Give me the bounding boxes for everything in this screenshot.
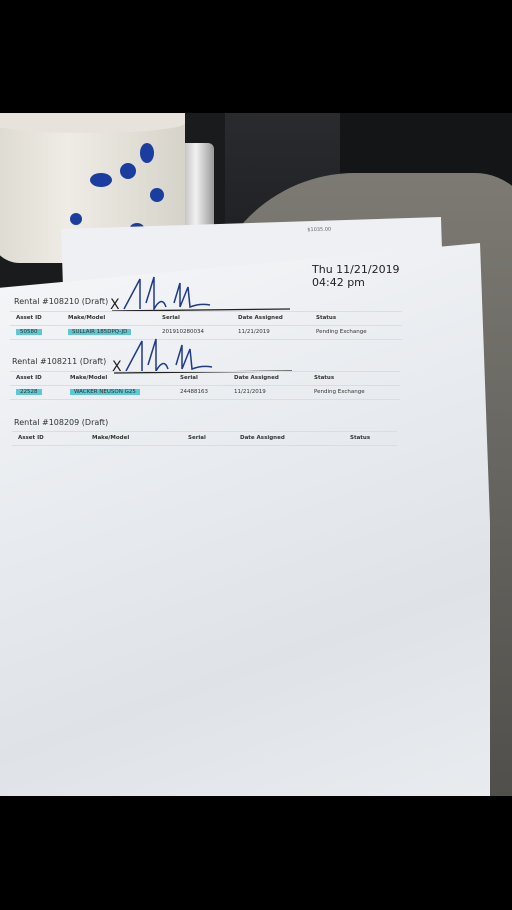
column-header: Serial bbox=[180, 375, 198, 381]
asset-table: Asset IDMake/ModelSerialDate AssignedSta… bbox=[10, 371, 400, 400]
rental-title: Rental #108209 (Draft) bbox=[14, 418, 108, 427]
table-header: Asset IDMake/ModelSerialDate AssignedSta… bbox=[12, 432, 397, 445]
column-header: Serial bbox=[188, 435, 206, 441]
column-header: Make/Model bbox=[68, 315, 105, 321]
column-header: Date Assigned bbox=[240, 435, 285, 441]
column-header: Asset ID bbox=[16, 375, 42, 381]
table-header: Asset IDMake/ModelSerialDate AssignedSta… bbox=[10, 372, 400, 385]
column-header: Date Assigned bbox=[234, 375, 279, 381]
back-sheet-amount: $1035.00 bbox=[307, 227, 331, 234]
column-header: Make/Model bbox=[70, 375, 107, 381]
column-header: Make/Model bbox=[92, 435, 129, 441]
table-cell-make-model: WACKER NEUSON G25 bbox=[70, 389, 140, 395]
column-header: Date Assigned bbox=[238, 315, 283, 321]
asset-table: Asset IDMake/ModelSerialDate AssignedSta… bbox=[12, 431, 397, 446]
photo: $1035.00 Thu 11/21/2019 04:42 pm Rental … bbox=[0, 113, 512, 796]
table-header: Asset IDMake/ModelSerialDate AssignedSta… bbox=[10, 312, 402, 325]
table-cell-date-assigned: 11/21/2019 bbox=[234, 389, 266, 395]
table-cell-asset-id: 50580 bbox=[16, 329, 42, 335]
table-row: 22528WACKER NEUSON G252448816311/21/2019… bbox=[10, 385, 400, 399]
table-cell-asset-id: 22528 bbox=[16, 389, 42, 395]
column-header: Asset ID bbox=[16, 315, 42, 321]
timestamp-date: Thu 11/21/2019 bbox=[312, 263, 400, 276]
rental-title: Rental #108211 (Draft) bbox=[12, 357, 106, 366]
timestamp: Thu 11/21/2019 04:42 pm bbox=[312, 263, 400, 289]
column-header: Status bbox=[316, 315, 336, 321]
table-cell-status: Pending Exchange bbox=[314, 389, 365, 395]
timestamp-time: 04:42 pm bbox=[312, 276, 400, 289]
table-cell-status: Pending Exchange bbox=[316, 329, 367, 335]
column-header: Status bbox=[350, 435, 370, 441]
table-cell-serial: 24488163 bbox=[180, 389, 208, 395]
column-header: Asset ID bbox=[18, 435, 44, 441]
column-header: Serial bbox=[162, 315, 180, 321]
column-header: Status bbox=[314, 375, 334, 381]
rental-title: Rental #108210 (Draft) bbox=[14, 297, 108, 306]
